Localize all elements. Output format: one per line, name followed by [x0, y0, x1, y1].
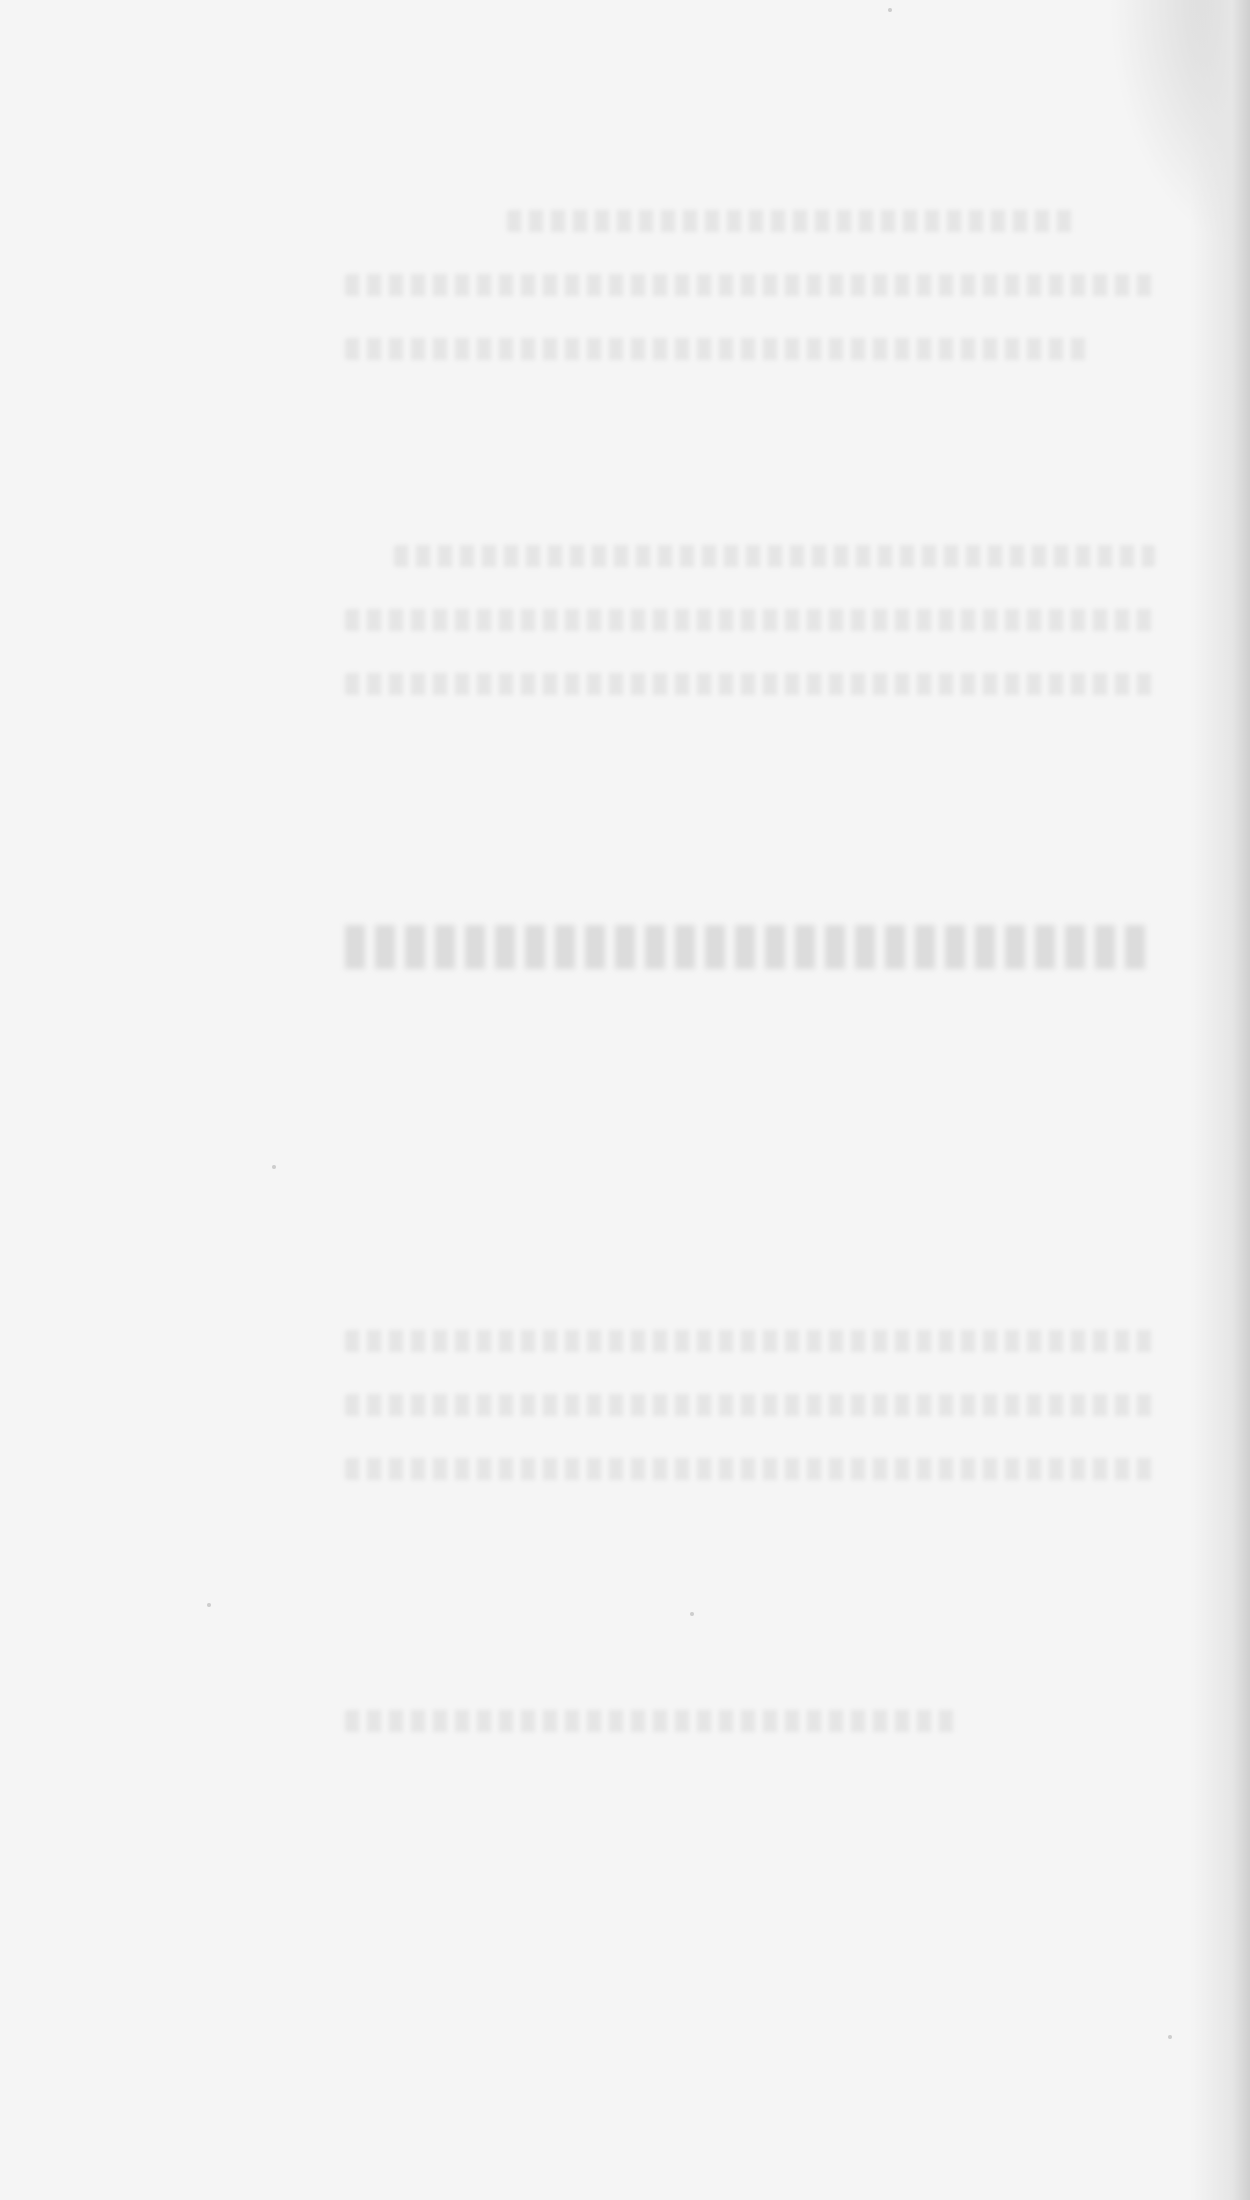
show-through-line [394, 545, 1155, 567]
show-through-heading [345, 925, 1145, 969]
paper-speck [690, 1612, 694, 1616]
show-through-paragraph-1 [345, 210, 1155, 402]
paper-speck [272, 1165, 276, 1169]
paper-speck [888, 8, 892, 12]
show-through-paragraph-4 [345, 1710, 1155, 1774]
show-through-line [345, 274, 1155, 296]
show-through-line [345, 673, 1155, 695]
show-through-line [345, 338, 1090, 360]
show-through-line [345, 1710, 961, 1732]
paper-speck [1168, 2035, 1172, 2039]
paper-speck [207, 1603, 211, 1607]
show-through-paragraph-2 [345, 545, 1155, 737]
scanned-page [0, 0, 1250, 2200]
show-through-line [345, 609, 1155, 631]
show-through-line [345, 1394, 1155, 1416]
show-through-line [345, 1458, 1155, 1480]
show-through-paragraph-3 [345, 1330, 1155, 1522]
show-through-line [345, 1330, 1155, 1352]
show-through-line [507, 210, 1074, 232]
